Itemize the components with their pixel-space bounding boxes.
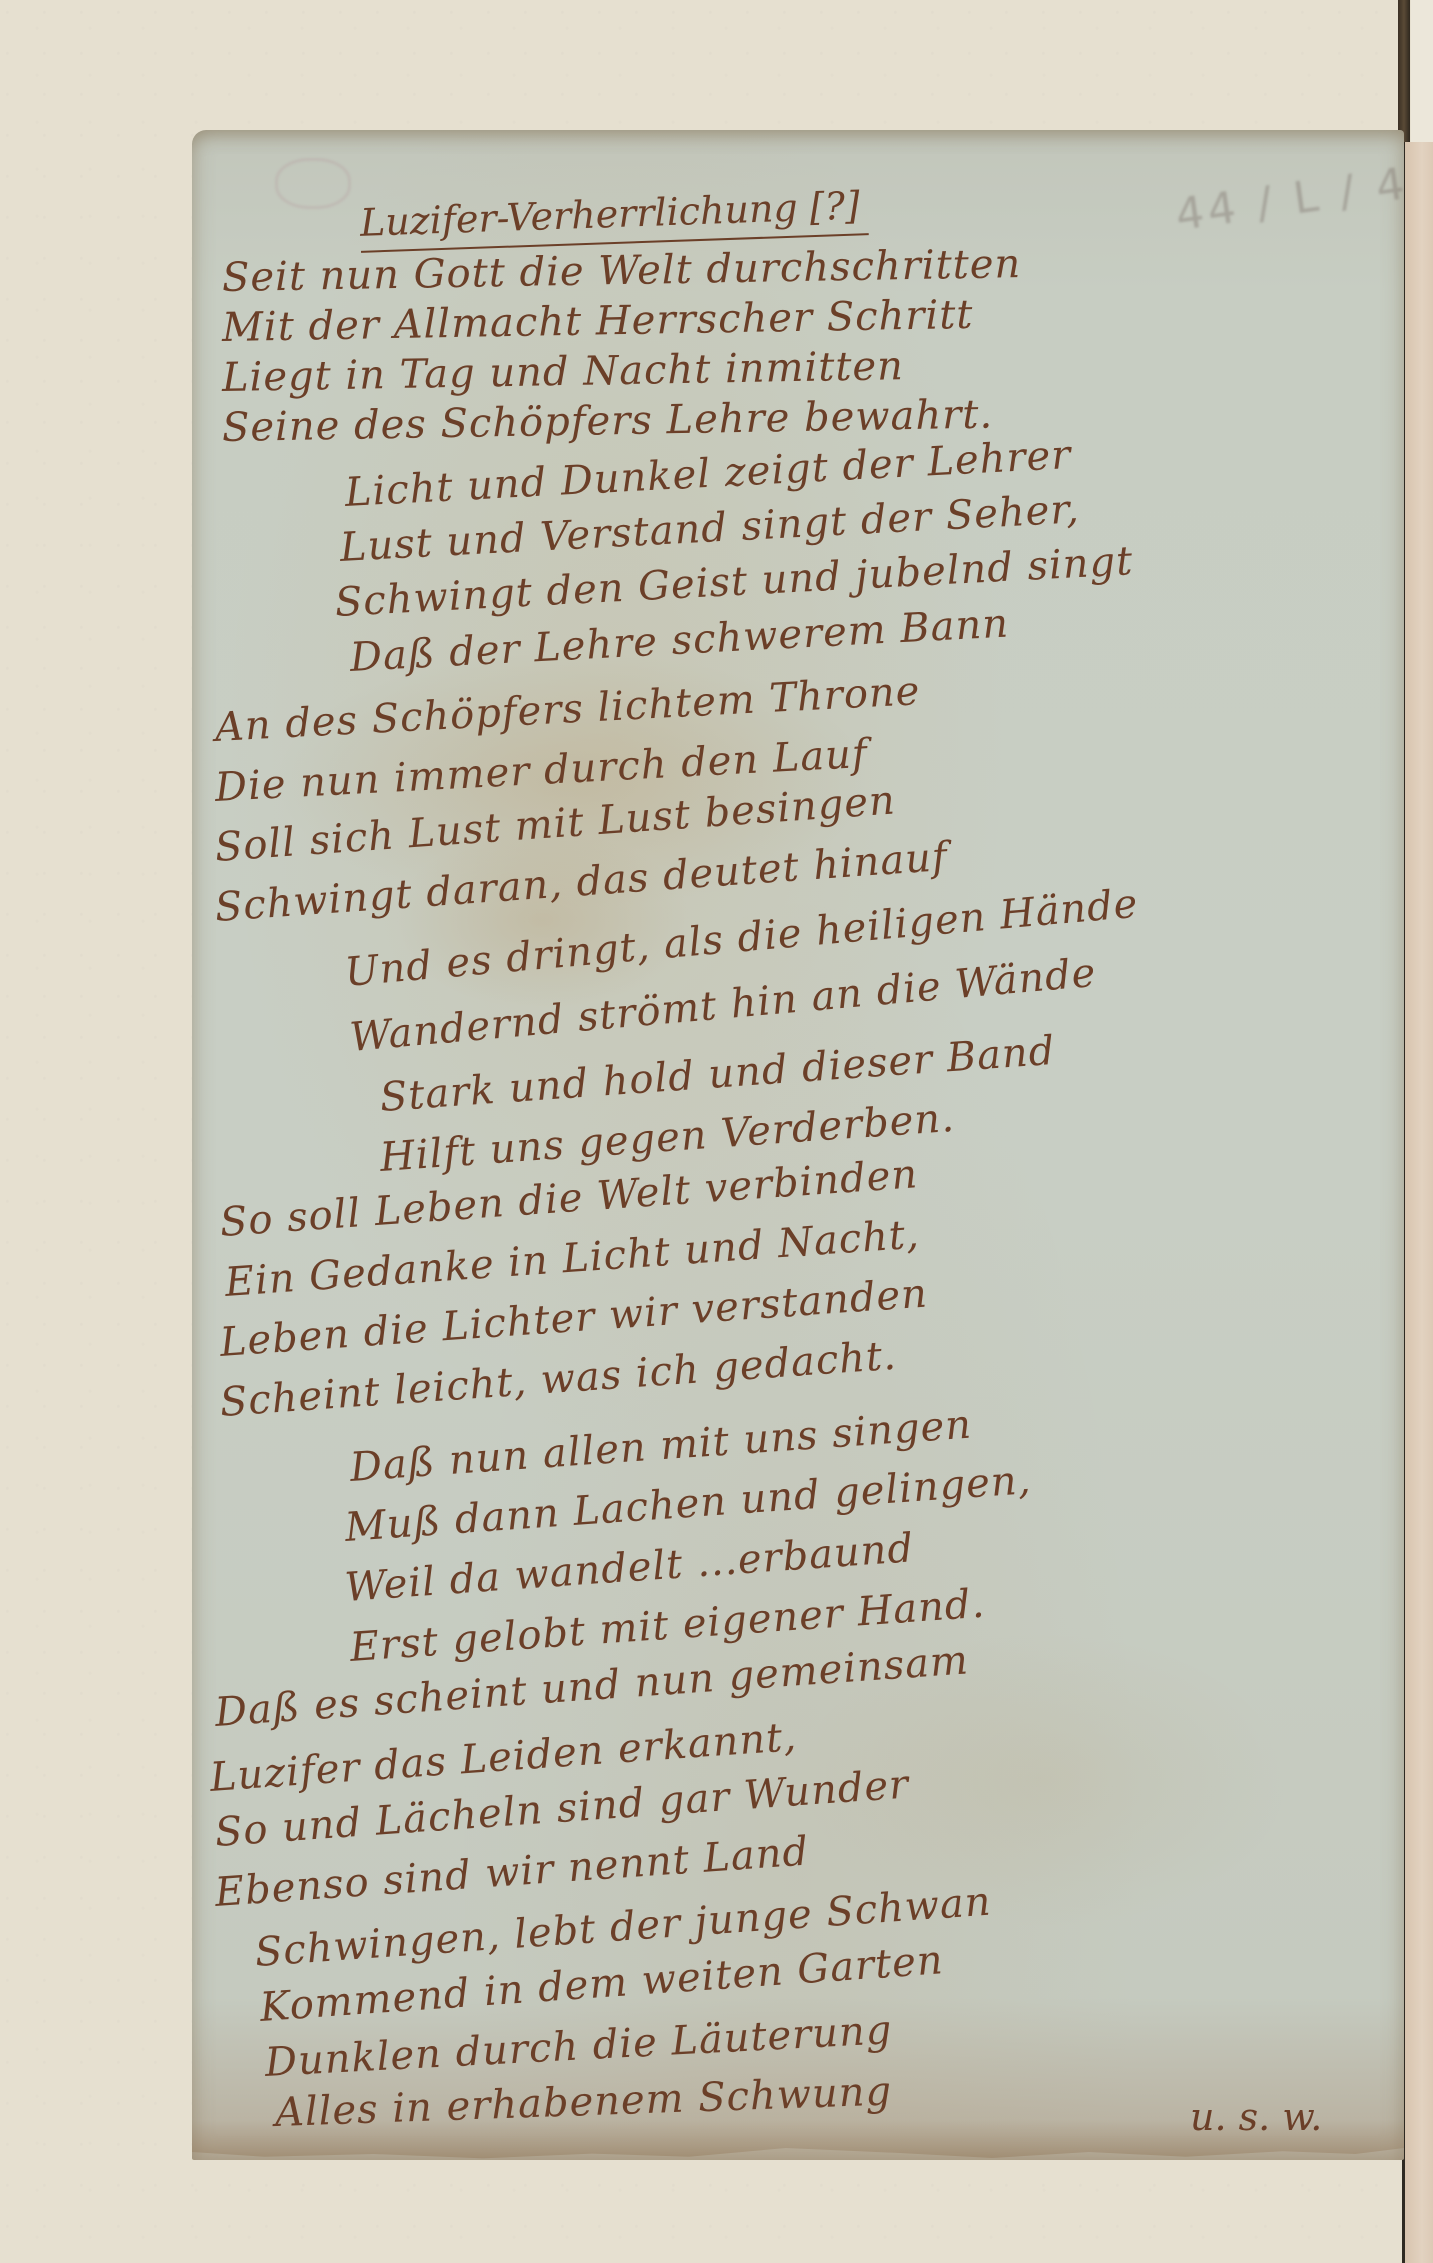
poem-line: Mit der Allmacht Herrscher Schritt	[222, 292, 974, 351]
poem-line: Seit nun Gott die Welt durchschritten	[222, 241, 1022, 301]
poem: Luzifer-Verherrlichung [?] Seit nun Gott…	[0, 0, 1433, 2263]
poem-title: Luzifer-Verherrlichung [?]	[359, 183, 869, 253]
closing-abbreviation: u. s. w.	[1190, 2095, 1322, 2139]
poem-line: Liegt in Tag und Nacht inmitten	[222, 343, 905, 401]
